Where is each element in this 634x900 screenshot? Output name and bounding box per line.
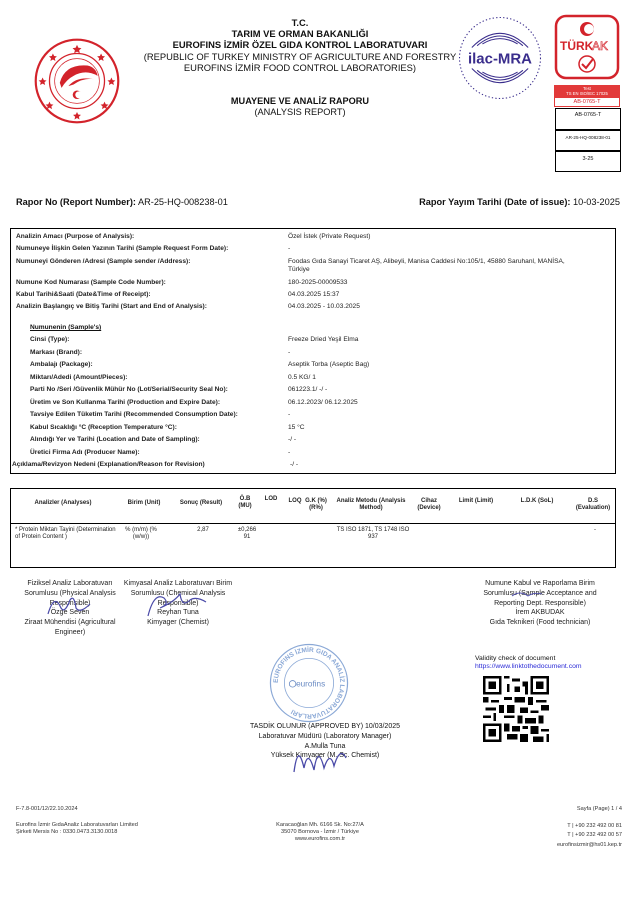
email-link[interactable]: eurofinsizmir@hs01.kep.tr <box>557 841 622 850</box>
info-value: 06.12.2023/ 06.12.2025 <box>288 399 608 407</box>
info-label: Analizin Amacı (Purpose of Analysis): <box>16 233 134 241</box>
info-label: Miktarı/Adedi (Amount/Pieces): <box>30 374 127 382</box>
report-number-box: AR-25-HQ-008238-01 <box>555 130 621 151</box>
validity-link[interactable]: https://www.linktothedocument.com <box>475 663 582 670</box>
info-label: Üretim ve Son Kullanma Tarihi (Productio… <box>30 399 220 407</box>
info-label: Açıklama/Revizyon Nedeni (Explanation/Re… <box>12 461 205 469</box>
handwritten-signature-icon <box>510 588 544 600</box>
info-label: Parti No /Seri /Güvenlik Mühür No (Lot/S… <box>30 386 228 394</box>
contact-info: T | +90 232 492 00 81 T | +90 232 492 00… <box>557 822 622 850</box>
svg-text:AK: AK <box>592 39 608 53</box>
turkak-accreditation-logo: TÜRK AK Test TS EN ISO/IEC 17025 AB-0765… <box>554 14 620 106</box>
info-value: -/ - <box>288 436 608 444</box>
report-heading: MUAYENE VE ANALİZ RAPORU (ANALYSIS REPOR… <box>200 96 400 117</box>
col-header-result: Sonuç (Result) <box>173 500 229 507</box>
info-label: Ambalajı (Package): <box>30 361 93 369</box>
info-label: Alındığı Yer ve Tarihi (Location and Dat… <box>30 436 200 444</box>
col-header-analyses: Analizler (Analyses) <box>15 500 111 507</box>
col-header-mu: Ö.B (MU) <box>235 496 255 510</box>
phone-2: T | +90 232 492 00 57 <box>557 831 622 840</box>
cell-analyses: * Protein Miktarı Tayini (Determination … <box>15 527 117 541</box>
issue-date-label: Rapor Yayım Tarihi (Date of issue): <box>419 197 570 207</box>
handwritten-signature-icon <box>140 588 210 620</box>
col-header-sol: L.D.K (SoL) <box>519 498 555 505</box>
report-subtitle: (ANALYSIS REPORT) <box>200 107 400 118</box>
info-value: Foodas Gıda Sanayi Ticaret AŞ, Alibeyli,… <box>288 258 588 274</box>
col-header-lod: LOD <box>263 496 279 503</box>
info-value: Özel İstek (Private Request) <box>288 233 608 241</box>
info-label: Kabul Tarihi&Saati (Date&Time of Receipt… <box>16 291 151 299</box>
info-label: Numuneyi Gönderen /Adresi (Sample sender… <box>16 258 190 266</box>
company-mersis: Şirketi Mersis No : 0330.0473.3130.0018 <box>16 829 138 836</box>
page-number: Sayfa (Page) 1 / 4 <box>577 806 622 813</box>
address-line-2: 35070 Bornova - İzmir / Türkiye <box>250 829 390 836</box>
info-label: Tavsiye Edilen Tüketim Tarihi (Recommend… <box>30 411 238 419</box>
info-value: -/ - <box>290 461 610 469</box>
svg-text:eurofins: eurofins <box>296 679 325 688</box>
info-value: 061223.1/ -/ - <box>288 386 608 394</box>
handwritten-signature-icon <box>44 592 94 620</box>
info-value: Aseptik Torba (Aseptic Bag) <box>288 361 608 369</box>
info-value: 0.5 KG/ 1 <box>288 374 608 382</box>
signature-sample-acceptance: Numune Kabul ve Raporlama Birim Sorumlus… <box>470 579 610 628</box>
col-header-gk: G.K (%) (R%) <box>303 498 329 512</box>
signature-acceptance-name: İrem AKBUDAK <box>470 608 610 618</box>
info-label: Markası (Brand): <box>30 349 82 357</box>
turkak-badge-icon: TÜRK AK <box>554 14 620 80</box>
accreditation-code-box: AB-0765-T <box>555 108 621 130</box>
header-line-ministry: TARIM VE ORMAN BAKANLIĞI <box>130 28 470 39</box>
website-link[interactable]: www.eurofins.com.tr <box>250 836 390 843</box>
report-number-value: AR-25-HQ-008238-01 <box>138 197 228 207</box>
issue-date-value: 10-03-2025 <box>573 197 620 207</box>
phone-1: T | +90 232 492 00 81 <box>557 822 622 831</box>
qr-code-icon[interactable] <box>483 676 549 742</box>
svg-text:TÜRK: TÜRK <box>560 38 594 53</box>
ministry-seal-logo <box>34 38 120 124</box>
validity-check: Validity check of document https://www.l… <box>475 655 582 672</box>
col-header-limit: Limit (Limit) <box>451 498 501 505</box>
header-line-lab: EUROFINS İZMİR ÖZEL GIDA KONTROL LABORAT… <box>130 39 470 50</box>
info-value: 15 °C <box>288 424 608 432</box>
approval-line: TASDİK OLUNUR (APPROVED BY) 10/03/2025 <box>200 722 450 732</box>
ilac-mra-logo: ilac-MRA <box>456 14 544 102</box>
cell-result: 2,87 <box>181 527 225 534</box>
info-value: - <box>288 411 608 419</box>
sample-section-title: Numunenin (Sample's) <box>30 324 101 331</box>
col-header-evaluation: D.S (Evaluation) <box>571 498 615 512</box>
info-label: Numuneye İlişkin Gelen Yazının Tarihi (S… <box>16 245 228 253</box>
header-line-tc: T.C. <box>130 17 470 28</box>
report-title: MUAYENE VE ANALİZ RAPORU <box>200 96 400 107</box>
ministry-header: T.C. TARIM VE ORMAN BAKANLIĞI EUROFINS İ… <box>130 17 470 73</box>
info-label: Cinsi (Type): <box>30 336 69 344</box>
company-address: Karacaoğlan Mh. 6166 Sk. No:27/A 35070 B… <box>250 822 390 843</box>
info-label: Numune Kod Numarası (Sample Code Number)… <box>16 279 166 287</box>
report-number-label: Rapor No (Report Number): <box>16 197 136 207</box>
table-header-divider <box>11 523 615 524</box>
svg-text:ilac-MRA: ilac-MRA <box>468 50 532 67</box>
header-line-en-2: EUROFINS İZMİR FOOD CONTROL LABORATORIES… <box>130 62 470 73</box>
company-name: Eurofins İzmir GıdaAnaliz Laboratuvarlar… <box>16 822 138 829</box>
company-info: Eurofins İzmir GıdaAnaliz Laboratuvarlar… <box>16 822 138 836</box>
validity-label: Validity check of document <box>475 655 582 663</box>
info-label: Üretici Firma Adı (Producer Name): <box>30 449 140 457</box>
info-value: - <box>288 349 608 357</box>
report-number: Rapor No (Report Number): AR-25-HQ-00823… <box>16 197 228 207</box>
laboratory-stamp: EUROFINS İZMİR GIDA ANALİZ LABORATUVARLA… <box>268 642 350 724</box>
header-line-en-1: (REPUBLIC OF TURKEY MINISTRY OF AGRICULT… <box>130 51 470 62</box>
issue-date: Rapor Yayım Tarihi (Date of issue): 10-0… <box>419 197 620 207</box>
col-header-device: Cihaz (Device) <box>415 498 443 512</box>
turkak-standard: TS EN ISO/IEC 17025 <box>554 91 620 96</box>
info-value: 04.03.2025 - 10.03.2025 <box>288 303 608 311</box>
signature-physical-role: Ziraat Mühendisi (Agricultural Engineer) <box>16 618 124 638</box>
col-header-method: Analiz Metodu (Analysis Method) <box>333 498 409 512</box>
turkak-code: AB-0765-T <box>554 97 620 107</box>
cell-mu: ±0,266 91 <box>235 527 259 541</box>
info-value: - <box>288 245 608 253</box>
cell-unit: % (m/m) (% (w/w)) <box>123 527 159 541</box>
cell-evaluation: - <box>585 527 605 534</box>
address-line-1: Karacaoğlan Mh. 6166 Sk. No:27/A <box>250 822 390 829</box>
info-value: 04.03.2025 15:37 <box>288 291 608 299</box>
scope-code-box: 3-25 <box>555 151 621 172</box>
col-header-loq: LOQ <box>287 498 303 505</box>
form-code: F-7.8-001/12/22.10.2024 <box>16 806 78 813</box>
info-value: - <box>288 449 608 457</box>
handwritten-signature-icon <box>290 738 350 778</box>
info-value: Freeze Dried Yeşil Elma <box>288 336 608 344</box>
col-header-unit: Birim (Unit) <box>121 500 167 507</box>
analysis-results-table: Analizler (Analyses) Birim (Unit) Sonuç … <box>10 488 616 568</box>
info-label: Kabul Sıcaklığı °C (Reception Temperatur… <box>30 424 177 432</box>
sample-info-box: Analizin Amacı (Purpose of Analysis): Öz… <box>10 228 616 474</box>
info-value: 180-2025-00009533 <box>288 279 608 287</box>
cell-method: TS ISO 1871, TS 1748 ISO 937 <box>335 527 411 541</box>
signature-acceptance-role: Gıda Teknikeri (Food technician) <box>470 618 610 628</box>
info-label: Analizin Başlangıç ve Bitiş Tarihi (Star… <box>16 303 207 311</box>
